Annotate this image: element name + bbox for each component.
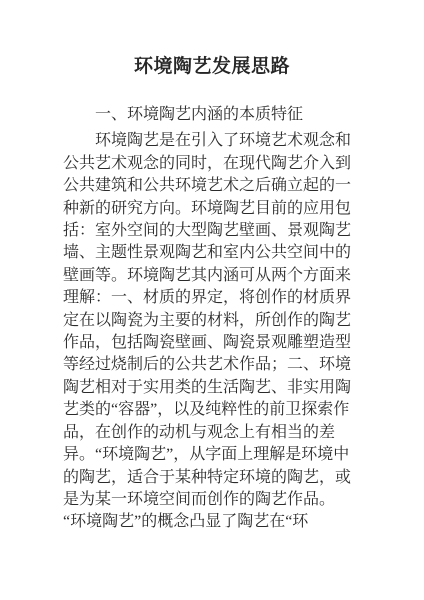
- text-line: 定在以陶瓷为主要的材料，所创作的陶艺: [63, 310, 355, 332]
- text-line: “环境陶艺”的概念凸显了陶艺在“环: [63, 511, 355, 533]
- text-line: 是为某一环境空间而创作的陶艺作品。: [63, 489, 355, 511]
- document-page: 环境陶艺发展思路 一、环境陶艺内涵的本质特征 环境陶艺是在引入了环境艺术观念和公…: [0, 0, 424, 600]
- section-heading: 一、环境陶艺内涵的本质特征: [63, 104, 355, 126]
- text-line: 环境陶艺是在引入了环境艺术观念和: [63, 130, 355, 152]
- text-line: 陶艺相对于实用类的生活陶艺、非实用陶: [63, 377, 355, 399]
- text-line: 种新的研究方向。环境陶艺目前的应用包: [63, 198, 355, 220]
- text-line: 公共艺术观念的同时，在现代陶艺介入到: [63, 153, 355, 175]
- text-line: 品，在创作的动机与观念上有相当的差: [63, 422, 355, 444]
- text-line: 作品，包括陶瓷壁画、陶瓷景观雕塑造型: [63, 332, 355, 354]
- page-title: 环境陶艺发展思路: [0, 51, 424, 78]
- text-line: 墙、主题性景观陶艺和室内公共空间中的: [63, 242, 355, 264]
- text-line: 艺类的“容器”，以及纯粹性的前卫探索作: [63, 399, 355, 421]
- text-line: 公共建筑和公共环境艺术之后确立起的一: [63, 175, 355, 197]
- text-line: 等经过烧制后的公共艺术作品；二、环境: [63, 354, 355, 376]
- paragraph: 环境陶艺是在引入了环境艺术观念和公共艺术观念的同时，在现代陶艺介入到公共建筑和公…: [63, 130, 355, 533]
- text-line: 理解：一、材质的界定，将创作的材质界: [63, 287, 355, 309]
- text-line: 的陶艺，适合于某种特定环境的陶艺，或: [63, 467, 355, 489]
- text-line: 壁画等。环境陶艺其内涵可从两个方面来: [63, 265, 355, 287]
- text-line: 异。“环境陶艺”，从字面上理解是环境中: [63, 444, 355, 466]
- text-line: 括：室外空间的大型陶艺壁画、景观陶艺: [63, 220, 355, 242]
- document-body: 一、环境陶艺内涵的本质特征 环境陶艺是在引入了环境艺术观念和公共艺术观念的同时，…: [63, 104, 355, 534]
